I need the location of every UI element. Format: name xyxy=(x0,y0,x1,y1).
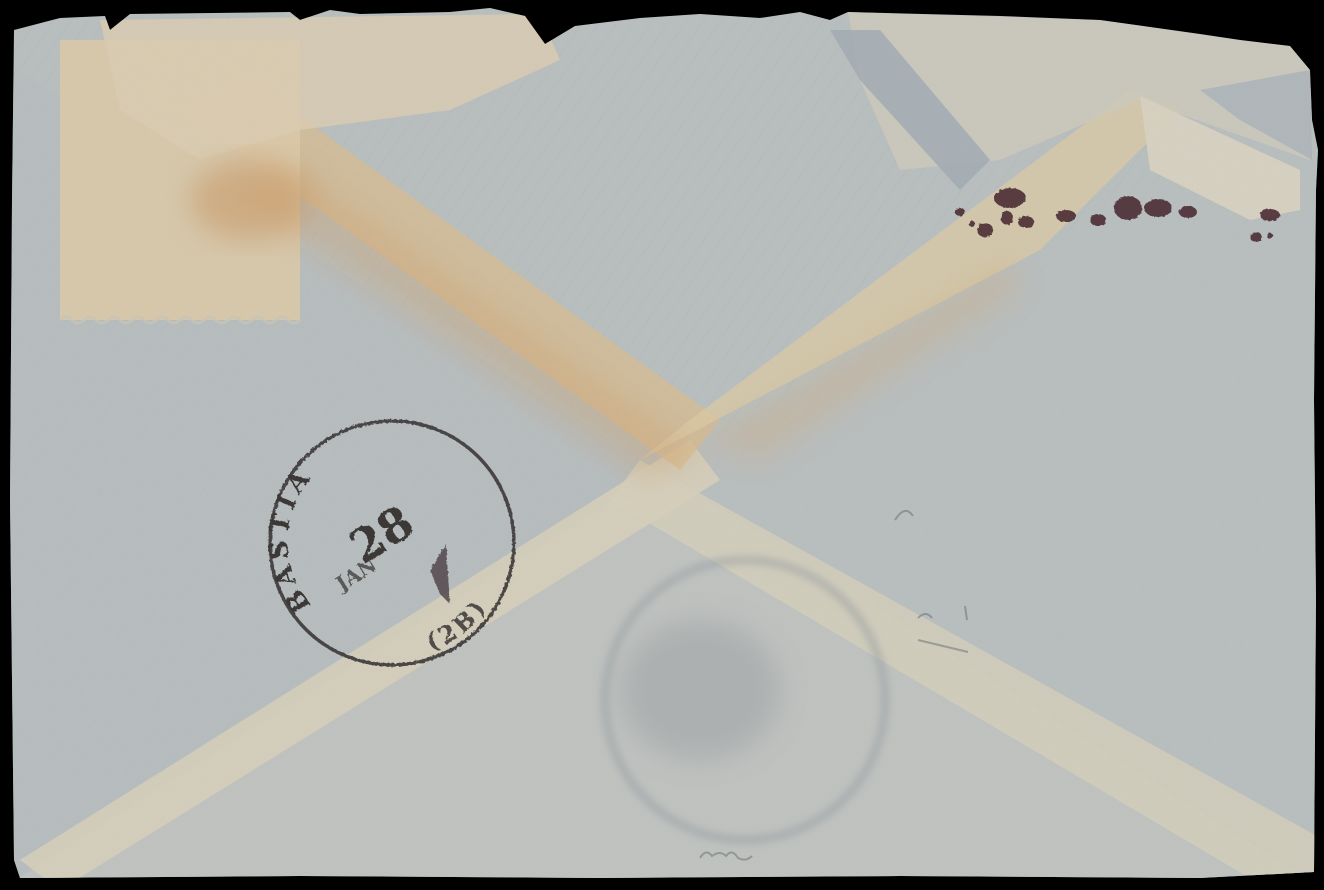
envelope-paper xyxy=(0,0,1324,890)
envelope-photo: BASTIA 28 JAN (2B) xyxy=(0,0,1324,890)
envelope-svg: BASTIA 28 JAN (2B) xyxy=(0,0,1324,890)
